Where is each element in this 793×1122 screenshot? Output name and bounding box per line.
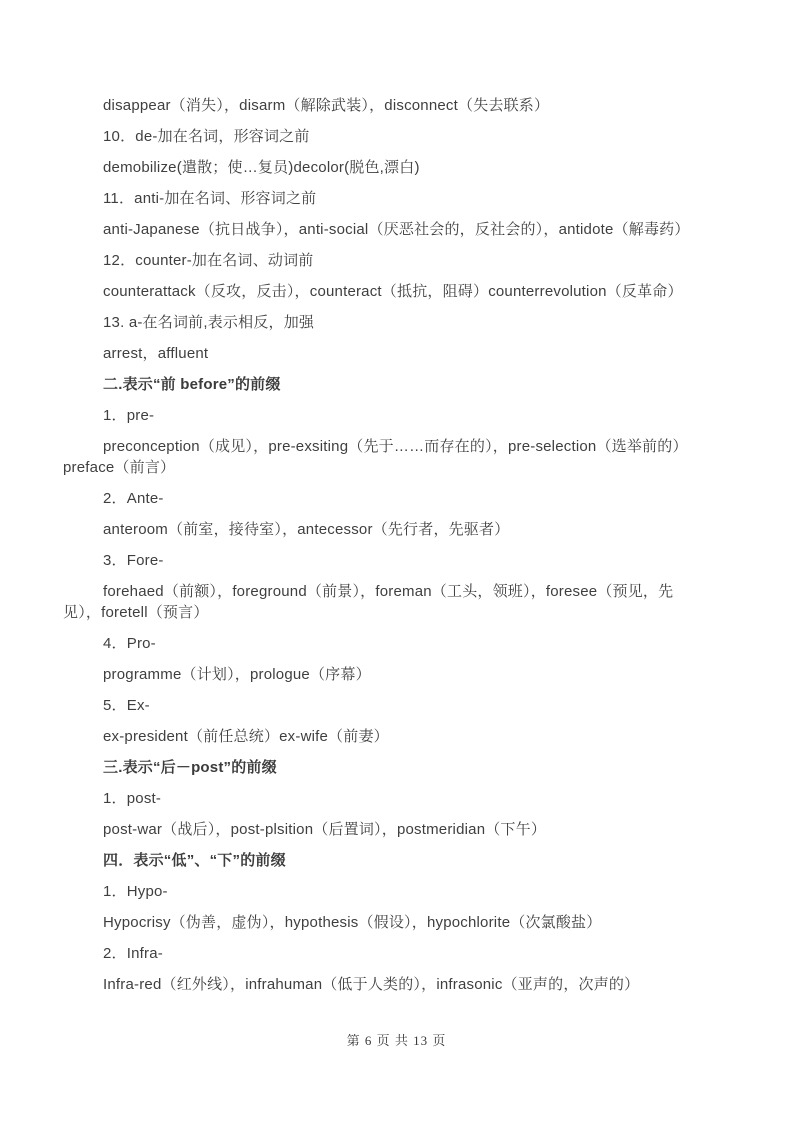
text-line: 5．Ex- <box>63 695 743 716</box>
text-line: arrest，affluent <box>63 343 743 364</box>
section-heading-line: 三.表示“后－post”的前缀 <box>63 757 743 778</box>
text-line: 1．Hypo- <box>63 881 743 902</box>
section-heading-line: 二.表示“前 before”的前缀 <box>63 374 743 395</box>
text-line: 1．pre- <box>63 405 743 426</box>
document-body: disappear（消失），disarm（解除武装），disconnect（失去… <box>63 95 743 1005</box>
text-line: 3．Fore- <box>63 550 743 571</box>
section-heading-line: 四．表示“低”、“下”的前缀 <box>63 850 743 871</box>
text-line: 2．Ante- <box>63 488 743 509</box>
text-line: 2．Infra- <box>63 943 743 964</box>
text-line: 1．post- <box>63 788 743 809</box>
text-line: forehaed（前额），foreground（前景），foreman（工头，领… <box>63 581 743 602</box>
text-line: anti-Japanese（抗日战争），anti-social（厌恶社会的，反社… <box>63 219 743 240</box>
text-line: programme（计划），prologue（序幕） <box>63 664 743 685</box>
text-line: preface（前言） <box>63 457 743 478</box>
text-line: post-war（战后），post-plsition（后置词），postmeri… <box>63 819 743 840</box>
text-line: Infra-red（红外线），infrahuman（低于人类的），infraso… <box>63 974 743 995</box>
text-line: 见），foretell（预言） <box>63 602 743 623</box>
page-footer: 第 6 页 共 13 页 <box>0 1030 793 1049</box>
text-line: 10．de-加在名词，形容词之前 <box>63 126 743 147</box>
text-line: counterattack（反攻，反击），counteract（抵抗，阻碍）co… <box>63 281 743 302</box>
text-line: 4．Pro- <box>63 633 743 654</box>
text-line: 11．anti-加在名词、形容词之前 <box>63 188 743 209</box>
text-line: Hypocrisy（伪善，虚伪），hypothesis（假设），hypochlo… <box>63 912 743 933</box>
text-line: 13. a-在名词前,表示相反，加强 <box>63 312 743 333</box>
page-number-text: 第 6 页 共 13 页 <box>347 1033 447 1048</box>
text-line: ex-president（前任总统）ex-wife（前妻） <box>63 726 743 747</box>
text-line: anteroom（前室，接待室），antecessor（先行者，先驱者） <box>63 519 743 540</box>
text-line: demobilize(遣散；使…复员)decolor(脱色,漂白) <box>63 157 743 178</box>
text-line: preconception（成见），pre-exsiting（先于……而存在的）… <box>63 436 743 457</box>
text-line: 12．counter-加在名词、动词前 <box>63 250 743 271</box>
text-line: disappear（消失），disarm（解除武装），disconnect（失去… <box>63 95 743 116</box>
document-page: disappear（消失），disarm（解除武装），disconnect（失去… <box>0 0 793 1122</box>
